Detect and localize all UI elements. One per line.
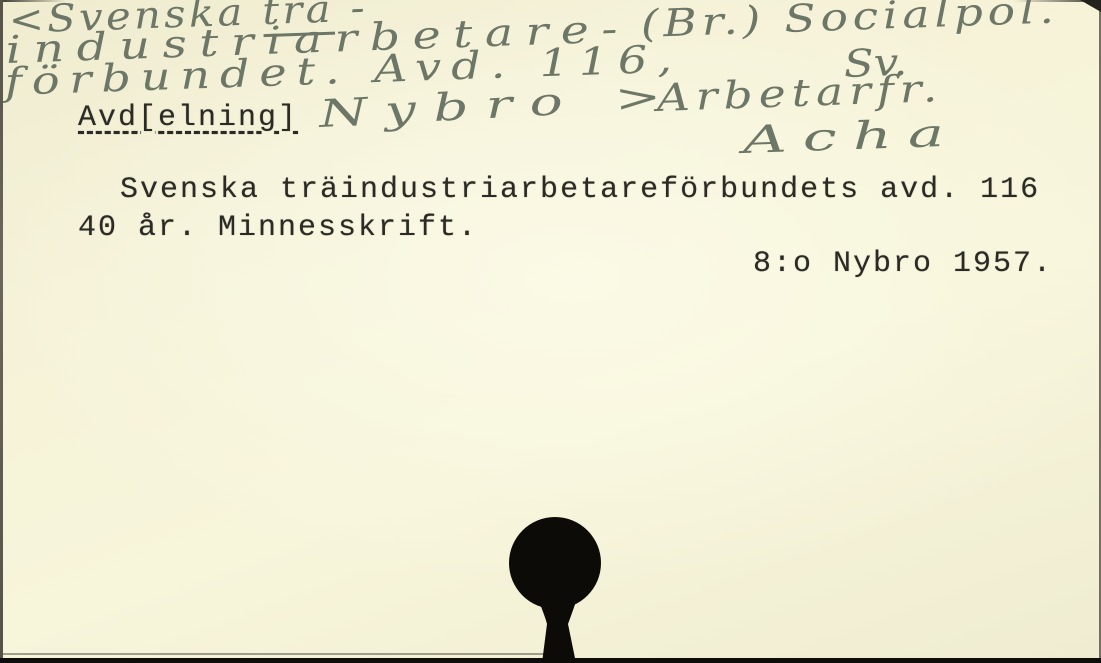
card-bottom-crease: [0, 653, 560, 655]
punch-hole-icon: [500, 512, 610, 663]
typed-title-line-2: 40 år. Minnesskrift.: [78, 211, 478, 245]
typed-title-line-1: Svenska träindustriarbetareförbundets av…: [120, 173, 1040, 207]
typed-avdelning-label: Avd[elning]: [78, 101, 298, 135]
handwritten-classification-line-1: (Br.) Socialpol.: [640, 0, 1059, 46]
handwritten-classification-line-4: Acha: [742, 110, 961, 162]
card-edge-left: [0, 0, 3, 663]
catalog-card: <Svenska trä - industriarbetare- förbund…: [0, 0, 1101, 663]
typed-imprint-line: 8:o Nybro 1957.: [753, 247, 1053, 281]
